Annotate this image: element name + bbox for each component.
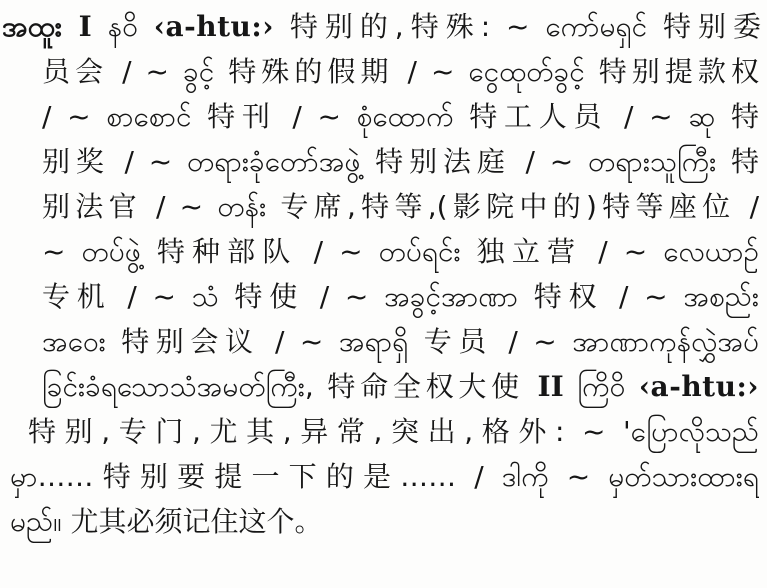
entry-text: ခြင်းခံရသောသံအမတ်ကြီး, 特命全权大使 bbox=[42, 370, 538, 403]
pronunciation: ‹a-htu:› bbox=[154, 10, 274, 43]
pos-label: ကြိဝိ bbox=[564, 370, 639, 403]
entry-line-12: မည်။ 尤其必须记住这个。 bbox=[10, 499, 759, 544]
entry-text: မည်။ 尤其必须记住这个。 bbox=[10, 505, 322, 538]
entry-text: 特别的,特殊: ~ ကော်မရှင် 特别委 bbox=[274, 10, 761, 43]
entry-line-8: အဝေး 特别会议 / ~ အရာရှိ 专员 / ~ အာဏာကုန်လွှဲ… bbox=[42, 319, 759, 364]
headword: အထူး bbox=[2, 10, 79, 43]
entry-line-1: အထူး I နဝိ ‹a-htu:› 特别的,特殊: ~ ကော်မရှင် … bbox=[2, 4, 761, 49]
entry-line-9: ခြင်းခံရသောသံအမတ်ကြီး, 特命全权大使 II ကြိဝိ ‹… bbox=[42, 364, 759, 409]
entry-line-7: 专机 / ~ သံ 特使 / ~ အခွင့်အာဏာ 特权 / ~ အစည်း bbox=[42, 274, 759, 319]
entry-text: အဝေး 特别会议 / ~ အရာရှိ 专员 / ~ အာဏာကုန်လွှဲ… bbox=[42, 325, 759, 358]
entry-text: 员会 / ~ ခွင့် 特殊的假期 / ~ ငွေထုတ်ခွင့် 特别提款… bbox=[42, 55, 759, 88]
sense-number-2: II bbox=[538, 370, 564, 403]
pronunciation: ‹a-htu:› bbox=[639, 370, 759, 403]
entry-text: 别奖 / ~ တရားခုံတော်အဖွဲ့ 特别法庭 / ~ တရားသူက… bbox=[42, 145, 759, 178]
entry-line-4: 别奖 / ~ တရားခုံတော်အဖွဲ့ 特别法庭 / ~ တရားသူက… bbox=[42, 139, 759, 184]
entry-text: / ~ စာစောင် 特刊 / ~ စုံထောက် 特工人员 / ~ ဆု … bbox=[42, 100, 759, 133]
entry-line-3: / ~ စာစောင် 特刊 / ~ စုံထောက် 特工人员 / ~ ဆု … bbox=[42, 94, 759, 139]
entry-text: 别法官 / ~ တန်း 专席,特等,(影院中的)特等座位 / bbox=[42, 190, 759, 223]
entry-text: ~ တပ်ဖွဲ့ 特种部队 / ~ တပ်ရင်း 独立营 / ~ လေယာဉ… bbox=[42, 235, 759, 268]
entry-text: မှာ……特别要提一下的是…… / ဒါကို ~ မှတ်သားထားရ bbox=[10, 460, 759, 493]
dictionary-entry: အထူး I နဝိ ‹a-htu:› 特别的,特殊: ~ ကော်မရှင် … bbox=[0, 0, 767, 544]
entry-line-11: မှာ……特别要提一下的是…… / ဒါကို ~ မှတ်သားထားရ bbox=[10, 454, 759, 499]
entry-line-6: ~ တပ်ဖွဲ့ 特种部队 / ~ တပ်ရင်း 独立营 / ~ လေယာဉ… bbox=[42, 229, 759, 274]
entry-text: 专机 / ~ သံ 特使 / ~ အခွင့်အာဏာ 特权 / ~ အစည်း bbox=[42, 280, 759, 313]
pos-label: နဝိ bbox=[92, 10, 154, 43]
sense-number-1: I bbox=[79, 10, 92, 43]
dictionary-page-scan: အထူး I နဝိ ‹a-htu:› 特别的,特殊: ~ ကော်မရှင် … bbox=[0, 0, 767, 588]
entry-text: 特别,专门,尤其,异常,突出,格外: ~ 'ပြောလိုသည် bbox=[28, 415, 759, 448]
entry-line-2: 员会 / ~ ခွင့် 特殊的假期 / ~ ငွေထုတ်ခွင့် 特别提款… bbox=[42, 49, 759, 94]
entry-line-10: 特别,专门,尤其,异常,突出,格外: ~ 'ပြောလိုသည် bbox=[28, 409, 759, 454]
entry-line-5: 别法官 / ~ တန်း 专席,特等,(影院中的)特等座位 / bbox=[42, 184, 759, 229]
